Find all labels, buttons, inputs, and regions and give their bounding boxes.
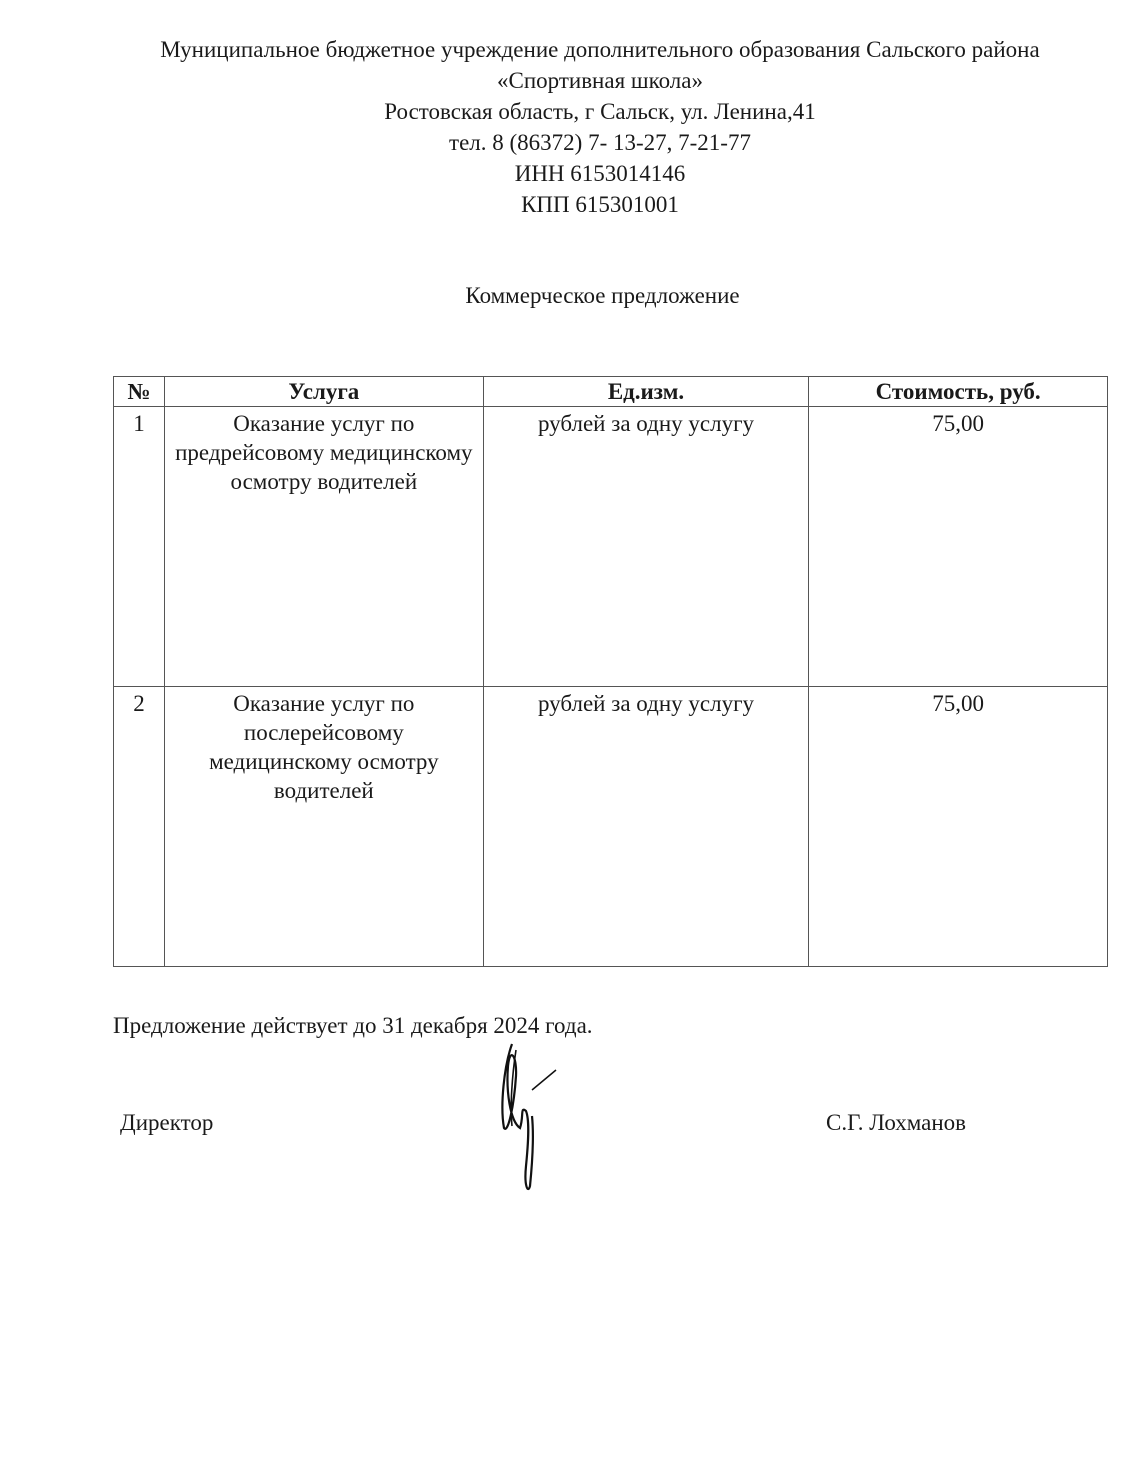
row-service: Оказание услуг по предрейсовому медицинс… — [164, 407, 483, 687]
document-title: Коммерческое предложение — [0, 283, 1145, 309]
table-header-row: № Услуга Ед.изм. Стоимость, руб. — [114, 377, 1108, 407]
org-address: Ростовская область, г Сальск, ул. Ленина… — [0, 96, 1145, 127]
org-kpp: КПП 615301001 — [0, 189, 1145, 220]
org-short-name: «Спортивная школа» — [0, 65, 1145, 96]
signatory-role: Директор — [120, 1110, 213, 1136]
row-num: 1 — [114, 407, 165, 687]
offer-table: № Услуга Ед.изм. Стоимость, руб. 1 Оказа… — [113, 376, 1108, 967]
row-price: 75,00 — [809, 407, 1108, 687]
table-row: 1 Оказание услуг по предрейсовому медици… — [114, 407, 1108, 687]
org-phone: тел. 8 (86372) 7- 13-27, 7-21-77 — [0, 127, 1145, 158]
header-service: Услуга — [164, 377, 483, 407]
row-unit: рублей за одну услугу — [483, 687, 809, 967]
row-service: Оказание услуг по послерейсовому медицин… — [164, 687, 483, 967]
row-num: 2 — [114, 687, 165, 967]
row-unit: рублей за одну услугу — [483, 407, 809, 687]
header-num: № — [114, 377, 165, 407]
header-price: Стоимость, руб. — [809, 377, 1108, 407]
organization-header: Муниципальное бюджетное учреждение допол… — [0, 34, 1145, 220]
signature-icon — [490, 1036, 570, 1196]
signatory-name: С.Г. Лохманов — [826, 1110, 966, 1136]
header-unit: Ед.изм. — [483, 377, 809, 407]
row-price: 75,00 — [809, 687, 1108, 967]
table-row: 2 Оказание услуг по послерейсовому медиц… — [114, 687, 1108, 967]
org-inn: ИНН 6153014146 — [0, 158, 1145, 189]
org-name: Муниципальное бюджетное учреждение допол… — [0, 34, 1145, 65]
